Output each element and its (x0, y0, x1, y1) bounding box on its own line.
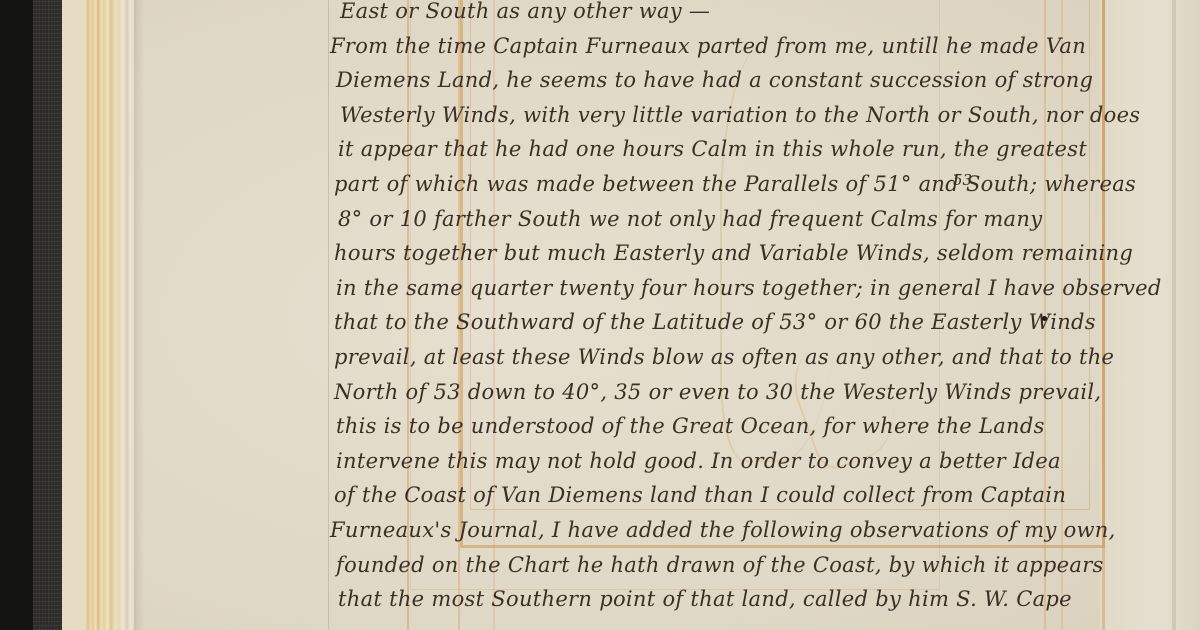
text-line: Westerly Winds, with very little variati… (330, 98, 1130, 133)
text-line: intervene this may not hold good. In ord… (330, 444, 1130, 479)
text-line: founded on the Chart he hath drawn of th… (330, 548, 1130, 583)
endpaper (62, 0, 86, 630)
book-spine-cloth (33, 0, 62, 630)
text-line: that to the Southward of the Latitude of… (330, 305, 1130, 340)
ink-blot (1042, 316, 1047, 321)
text-line: Diemens Land, he seems to have had a con… (330, 63, 1130, 98)
text-line: of the Coast of Van Diemens land than I … (330, 478, 1130, 513)
text-line: this is to be understood of the Great Oc… (330, 409, 1130, 444)
text-line: North of 53 down to 40°, 35 or even to 3… (330, 375, 1130, 410)
text-line: part of which was made between the Paral… (330, 167, 1130, 202)
text-line: 8° or 10 farther South we not only had f… (330, 202, 1130, 237)
text-line: prevail, at least these Winds blow as of… (330, 340, 1130, 375)
text-line: hours together but much Easterly and Var… (330, 236, 1130, 271)
text-line: East or South as any other way — (330, 0, 1130, 29)
manuscript-photo: East or South as any other way — From th… (0, 0, 1200, 630)
text-line: From the time Captain Furneaux parted fr… (330, 29, 1130, 64)
right-page-fold (1172, 0, 1176, 630)
manuscript-text: East or South as any other way — From th… (330, 0, 1130, 617)
superscript-insertion: 53 (953, 171, 972, 189)
text-line: that the most Southern point of that lan… (330, 582, 1130, 617)
left-margin-rule (328, 0, 329, 630)
page-edges-stack (86, 0, 134, 630)
book-cover-edge (0, 0, 33, 630)
text-line: Furneaux's Journal, I have added the fol… (330, 513, 1130, 548)
text-line: in the same quarter twenty four hours to… (330, 271, 1130, 306)
text-line: it appear that he had one hours Calm in … (330, 132, 1130, 167)
gutter-shadow (134, 0, 144, 630)
